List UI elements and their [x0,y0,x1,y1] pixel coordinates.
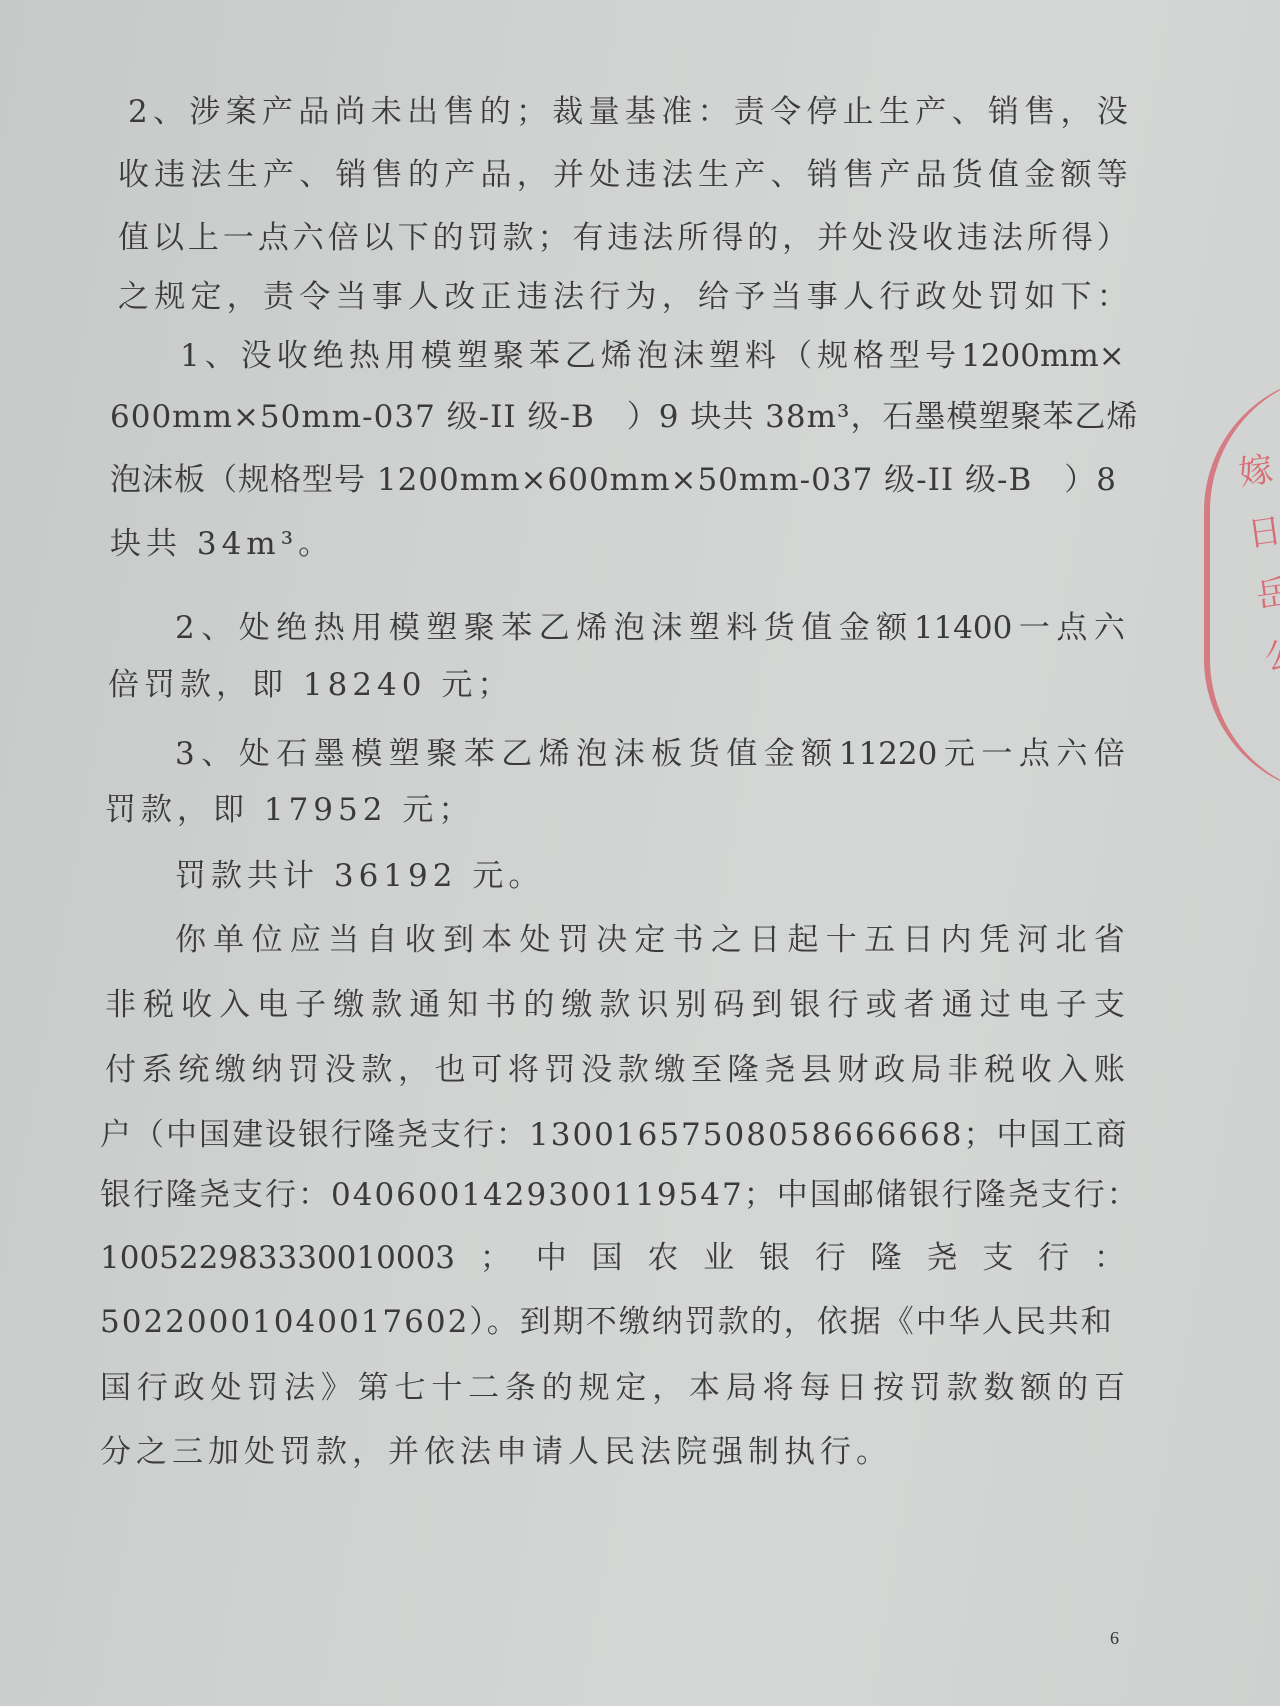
text-token: 款 [371,985,402,1025]
text-token: 收 [405,920,436,960]
text-line-15: 非税收入电子缴款通知书的缴款识别码到银行或者通过电子支 [105,985,1125,1025]
text-token: ， [398,1050,429,1090]
separator: ； [480,1238,511,1278]
text-token: 账 [1094,1050,1125,1090]
text-token: 通 [942,985,973,1025]
text-token: 货 [689,734,720,774]
text-token: 决 [596,920,627,960]
text-token: 违 [626,155,657,195]
text-token: 给 [698,277,729,317]
text-token: 尚 [335,92,366,132]
text-token: 值 [801,608,832,648]
char: 支 [982,1238,1013,1278]
text-token: 的 [480,92,511,132]
text-line-16: 付系统缴纳罚没款，也可将罚没款缴至隆尧县财政局非税收入账 [105,1050,1125,1090]
text-token: 款 [599,985,630,1025]
text-token: 1200mm× [961,336,1125,376]
text-line-22: 分之三加处罚款，并依法申请人民法院强制执行。 [100,1432,892,1472]
text-token: 违 [517,277,548,317]
text-token: 行 [828,985,859,1025]
text-token: 尧 [764,1050,795,1090]
text-token: ， [652,1368,683,1408]
text-token: 电 [257,985,288,1025]
text-token: 下 [1061,277,1092,317]
text-token: 收 [277,336,308,376]
char: 农 [647,1238,678,1278]
text-token: 一 [1019,608,1050,648]
text-token: 金 [839,608,870,648]
text-token: 二 [468,1368,499,1408]
text-token: 系 [142,1050,173,1090]
text-token: 生 [879,92,910,132]
text-token: 产 [879,155,910,195]
text-token: 出 [407,92,438,132]
text-token: 额 [801,734,832,774]
text-token: 收 [1021,1050,1052,1090]
text-token: 法 [191,155,222,195]
text-token: 烯 [601,336,632,376]
text-token: 上 [188,218,219,258]
text-token: 之 [711,920,742,960]
text-token: 》 [321,1368,352,1408]
text-token: 予 [734,277,765,317]
text-token: 售 [843,155,874,195]
text-token: 的 [1057,1368,1088,1408]
text-token: 日 [836,1368,867,1408]
text-token: 烯 [576,608,607,648]
text-token: 用 [385,336,416,376]
text-token: 销 [336,155,367,195]
text-token: 料 [726,608,757,648]
text-line-21: 国行政处罚法》第七十二条的规定，本局将每日按罚款数额的百 [100,1368,1125,1408]
text-token: 收 [181,985,212,1025]
text-token: 将 [763,1368,794,1408]
text-token: 11400 [914,608,1013,648]
char: 银 [759,1238,790,1278]
text-token: 责 [263,277,294,317]
text-token: 六 [1056,734,1087,774]
text-token: 百 [1094,1368,1125,1408]
text-token: 生 [227,155,258,195]
text-token: 政 [874,1050,905,1090]
text-token: 倍 [1094,734,1125,774]
text-token: 自 [366,920,397,960]
text-token: 法 [284,1368,315,1408]
text-token: 十 [826,920,857,960]
text-token: 倍 [328,218,359,258]
text-token: 定 [191,277,222,317]
text-token: 处 [852,218,883,258]
total-fine-line: 罚款共计 36192 元。 [175,856,544,896]
text-token: 产 [262,92,293,132]
text-line-8: 块共 34m³。 [110,524,334,564]
text-token: 识 [637,985,668,1025]
text-token: 值 [726,734,757,774]
text-token: 型 [889,336,920,376]
text-token: 款 [361,1050,392,1090]
text-token: 责 [734,92,765,132]
text-token: 罚 [910,1368,941,1408]
text-token: 2 [128,92,148,132]
text-token: 河 [1017,920,1048,960]
text-token: 至 [691,1050,722,1090]
text-token: 本 [481,920,512,960]
text-token: 罚 [288,1050,319,1090]
text-token: 所 [1027,218,1058,258]
text-token: 停 [806,92,837,132]
text-token: 书 [673,920,704,960]
text-token: 行 [589,277,620,317]
text-token: 模 [421,336,452,376]
text-token: 泡 [576,734,607,774]
text-token: 处 [520,920,551,960]
text-token: 销 [988,92,1019,132]
text-token: 行 [137,1368,168,1408]
text-token: 当 [336,277,367,317]
text-token: 基 [625,92,656,132]
text-token: 每 [799,1368,830,1408]
text-token: 罚 [545,1050,576,1090]
text-token: 绝 [313,336,344,376]
text-token: 品 [481,155,512,195]
text-token: 省 [1094,920,1125,960]
text-token: 通 [409,985,440,1025]
text-token: 有 [572,218,603,258]
text-token: 乙 [565,336,596,376]
text-token: 泡 [614,608,645,648]
text-token: 缴 [654,1050,685,1090]
text-token: 没 [581,1050,612,1090]
text-token: 日 [902,920,933,960]
text-token: ； [537,218,568,258]
text-token: 单 [213,920,244,960]
bank-account-line-ccb: 户（中国建设银行隆尧支行：13001657508058666668；中国工商 [100,1115,1128,1155]
text-token: 款 [618,1050,649,1090]
text-token: 银 [790,985,821,1025]
char: 业 [703,1238,734,1278]
text-token: 沫 [651,608,682,648]
text-token: 缴 [215,1050,246,1090]
text-token: 的 [523,985,554,1025]
text-token: 塑 [689,608,720,648]
text-token: 涉 [189,92,220,132]
text-token: 收 [922,218,953,258]
text-token: 之 [118,277,149,317]
text-token: 违 [957,218,988,258]
text-token: 品 [298,92,329,132]
text-token: 规 [154,277,185,317]
text-token: 热 [314,608,345,648]
text-token: 产 [444,155,475,195]
text-token: 第 [358,1368,389,1408]
text-token: 绝 [276,608,307,648]
text-token: 用 [351,608,382,648]
text-token: 11220 [839,734,938,774]
text-token: 产 [915,92,946,132]
text-line-5: 1、没收绝热用模塑聚苯乙烯泡沫塑料（规格型号1200mm× [180,336,1125,376]
text-token: 当 [328,920,359,960]
text-token: 书 [485,985,516,1025]
text-token: ： [697,92,728,132]
text-token: 违 [607,218,638,258]
text-token: 五 [864,920,895,960]
text-token: 的 [747,218,778,258]
text-line-12: 罚款，即 17952 元； [105,790,474,830]
text-token: 、 [205,336,236,376]
text-token: 以 [363,218,394,258]
text-token: ， [517,155,548,195]
text-token: 的 [433,218,464,258]
text-token: 售 [443,92,474,132]
text-token: 2 [175,608,195,648]
text-token: 烯 [539,734,570,774]
text-token: 下 [398,218,429,258]
text-token: 石 [276,734,307,774]
text-token: 过 [980,985,1011,1025]
text-line-7: 泡沫板（规格型号 1200mm×600mm×50mm-037 级-II 级-B … [110,460,1117,500]
text-token: 罚 [468,218,499,258]
text-token: 没 [887,218,918,258]
text-token: 人 [408,277,439,317]
text-token: 塑 [426,608,457,648]
text-token: 号 [925,336,956,376]
text-token: 热 [349,336,380,376]
text-token: 隆 [728,1050,759,1090]
text-token: 泡 [637,336,668,376]
text-token: 非 [947,1050,978,1090]
text-token: 事 [372,277,403,317]
text-token: 纳 [252,1050,283,1090]
text-token: 的 [408,155,439,195]
text-token: 内 [941,920,972,960]
text-token: 售 [372,155,403,195]
text-token: 当 [771,277,802,317]
text-token: 法 [642,218,673,258]
text-token: ， [782,218,813,258]
text-token: 缴 [333,985,364,1025]
text-token: 乙 [539,608,570,648]
text-token: 等 [1097,155,1128,195]
text-token: ： [1097,277,1128,317]
text-token: 款 [502,218,533,258]
char: 隆 [871,1238,902,1278]
bank-account-line-icbc: 银行隆尧支行：040600142930011954​7；中国邮储银行隆尧支行： [100,1175,1140,1215]
text-token: 行 [879,277,910,317]
text-token: 局 [726,1368,757,1408]
text-token: 案 [226,92,257,132]
text-token: 定 [615,1368,646,1408]
text-token: 政 [916,277,947,317]
text-token: 罚 [558,920,589,960]
text-token: 未 [371,92,402,132]
text-line-20: 50220001040017602）。到期不缴纳罚款的，依据《中华人民共和 [100,1302,1114,1342]
text-token: 金 [764,734,795,774]
text-token: 款 [947,1368,978,1408]
text-token: 准 [661,92,692,132]
text-token: 聚 [464,608,495,648]
text-token: 子 [1056,985,1087,1025]
text-token: 一 [981,734,1012,774]
text-token: 也 [435,1050,466,1090]
text-token: 所 [677,218,708,258]
text-token: 为 [626,277,657,317]
text-token: 按 [873,1368,904,1408]
char: 国 [592,1238,623,1278]
text-token: 法 [992,218,1023,258]
char: 行 [1038,1238,1069,1278]
text-token: 生 [698,155,729,195]
text-token: 并 [553,155,584,195]
text-token: 处 [589,155,620,195]
text-token: 数 [984,1368,1015,1408]
text-token: 量 [589,92,620,132]
text-token: 入 [219,985,250,1025]
text-token: 位 [252,920,283,960]
text-token: 码 [714,985,745,1025]
text-token: 元 [944,734,975,774]
text-token: 聚 [426,734,457,774]
text-line-4: 之规定，责令当事人改正违法行为，给予当事人行政处罚如下： [118,277,1128,317]
text-token: 、 [952,92,983,132]
text-token: 电 [1018,985,1049,1025]
text-token: 得 [712,218,743,258]
text-token: 、 [771,155,802,195]
text-token: 产 [734,155,765,195]
text-token: 法 [553,277,584,317]
text-token: 塑 [389,734,420,774]
text-token: 知 [447,985,478,1025]
text-token: 财 [838,1050,869,1090]
text-token: 售 [1024,92,1055,132]
text-token: 金 [1024,155,1055,195]
text-token: 并 [817,218,848,258]
text-token: 事 [807,277,838,317]
text-token: 起 [788,920,819,960]
text-token: 令 [770,92,801,132]
text-token: 额 [1020,1368,1051,1408]
text-token: 品 [916,155,947,195]
text-token: 处 [239,734,270,774]
text-token: 改 [444,277,475,317]
text-token: 国 [100,1368,131,1408]
text-token: 应 [290,920,321,960]
text-token: 沫 [673,336,704,376]
text-token: 别 [675,985,706,1025]
text-token: 点 [258,218,289,258]
text-token: 罚 [988,277,1019,317]
text-token: 值 [118,218,149,258]
text-token: 、 [201,734,232,774]
text-token: 、 [299,155,330,195]
text-token: 十 [431,1368,462,1408]
text-token: （ [781,336,812,376]
text-token: 定 [634,920,665,960]
text-token: 塑 [709,336,740,376]
text-token: 1 [180,336,200,376]
text-token: 额 [876,608,907,648]
text-token: 止 [843,92,874,132]
text-token: 令 [299,277,330,317]
text-token: 货 [764,608,795,648]
text-line-11: 3、处石墨模塑聚苯乙烯泡沫板货值金额11220元一点六倍 [175,734,1125,774]
text-token: 法 [662,155,693,195]
text-token: 以 [153,218,184,258]
page-number: 6 [1110,1628,1119,1649]
text-token: 处 [239,608,270,648]
text-token: 到 [443,920,474,960]
text-token: 格 [853,336,884,376]
text-token: 处 [210,1368,241,1408]
text-token: 付 [105,1050,136,1090]
text-token: 聚 [493,336,524,376]
text-token: 值 [988,155,1019,195]
text-token: 一 [223,218,254,258]
text-token: 局 [911,1050,942,1090]
text-token: 六 [1094,608,1125,648]
text-line-10: 倍罚款，即 18240 元； [108,665,513,705]
text-token: 日 [749,920,780,960]
text-token: 板 [651,734,682,774]
text-token: 处 [952,277,983,317]
text-token: 模 [389,608,420,648]
text-token: ， [227,277,258,317]
text-token: ） [1097,218,1128,258]
text-token: 缴 [561,985,592,1025]
text-token: 墨 [314,734,345,774]
text-token: 本 [689,1368,720,1408]
text-token: 裁 [552,92,583,132]
account-number: 100522983330010003 [100,1238,455,1278]
text-token: 苯 [501,608,532,648]
text-line-2: 收违法生产、销售的产品，并处违法生产、销售产品货值金额等 [118,155,1128,195]
text-token: 没 [1097,92,1128,132]
text-token: 、 [153,92,184,132]
text-line-1: 2、涉案产品尚未出售的；裁量基准：责令停止生产、销售，没 [128,92,1128,132]
char: 尧 [926,1238,957,1278]
text-token: 模 [351,734,382,774]
text-token: ， [662,277,693,317]
text-token: 税 [984,1050,1015,1090]
text-token: 点 [1056,608,1087,648]
text-token: 政 [174,1368,205,1408]
text-token: 违 [154,155,185,195]
text-token: 到 [752,985,783,1025]
text-token: 子 [295,985,326,1025]
text-token: 正 [481,277,512,317]
text-line-6: 600mm×50mm-037 级-II 级-B ）9 块共 38m³，石墨模塑聚… [110,397,1138,437]
text-line-9: 2、处绝热用模塑聚苯乙烯泡沫塑料货值金额11400一点六 [175,608,1125,648]
text-token: 3 [175,734,195,774]
text-token: 条 [505,1368,536,1408]
text-token: 料 [745,336,776,376]
text-token: 将 [508,1050,539,1090]
text-token: 、 [201,608,232,648]
text-token: 非 [105,985,136,1025]
text-token: ； [516,92,547,132]
text-token: 点 [1019,734,1050,774]
text-token: 人 [843,277,874,317]
char: ： [1094,1238,1125,1278]
text-token: 七 [395,1368,426,1408]
text-token: ， [1060,92,1091,132]
text-token: 入 [1057,1050,1088,1090]
text-token: 规 [579,1368,610,1408]
text-token: 罚 [247,1368,278,1408]
text-token: 销 [807,155,838,195]
text-token: 县 [801,1050,832,1090]
text-token: 货 [952,155,983,195]
text-token: 凭 [979,920,1010,960]
